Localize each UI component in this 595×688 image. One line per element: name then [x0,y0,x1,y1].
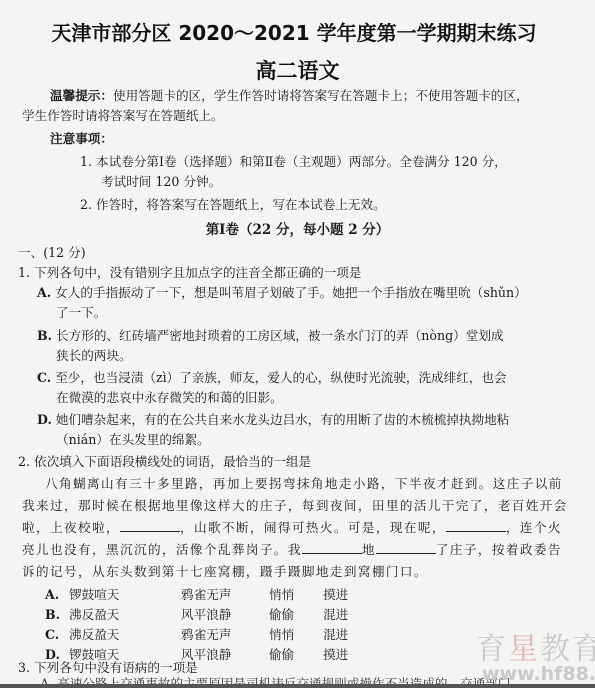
part-heading: 一、(12 分) [18,245,86,261]
exam-page: 天津市部分区 2020～2021 学年度第一学期期末练习 高二语文 温馨提示：使… [0,0,595,688]
question-1-option-c-cont: 在微漠的悲哀中永存微笑的和蔼的旧影。 [56,390,283,406]
instruction-item-1: 1. 本试卷分第Ⅰ卷（选择题）和第Ⅱ卷（主观题）两部分。全卷满分 120 分， [80,154,507,170]
question-2-option-b: B. 沸反盈天 风平浪静 偷偷 混进 [45,607,348,623]
blank-2 [446,520,506,532]
question-1-option-d: D. 她们嘈杂起来，有的在公共自来水龙头边吕水，有的用断了齿的木梳梳掉执拗地粘 [37,412,509,428]
instruction-item-1-cont: 考试时间 120 分钟。 [101,174,221,190]
passage-line-3: 啦，上夜校啦，，山歌不断，闹得可热火。可是，现在呢，，连个火 [22,520,562,536]
notice-text: 使用答题卡的区，学生作答时请将答案写在答题卡上；不使用答题卡的区， [113,88,529,103]
question-2-option-c: C. 沸反盈天 鸦雀无声 悄悄 混进 [45,627,348,643]
question-2-stem: 2. 依次填入下面语段横线处的词语，最恰当的一组是 [18,454,311,470]
instruction-item-2: 2. 作答时，将答案写在答题纸上，写在本试卷上无效。 [80,197,386,213]
passage-line-2: 我来过，那时候在根据地里像这样大的庄子，每到夜间，田里的活儿干完了，老百姓开会 [22,498,568,514]
question-1-option-c: C. 至少，也当浸渍（zì）了亲族，师友，爱人的心，纵使时光流驶，洗成绯红，也会 [37,370,507,386]
question-1-option-d-cont: （nián）在头发里的绵絮。 [56,432,210,448]
question-1-option-a-cont: 了一下。 [56,305,106,321]
question-1-option-b: B. 长方形的、红砖墙严密地封琐着的工房区域，被一条水门汀的弄（nòng）堂划成 [37,328,504,344]
passage-line-4: 亮儿也没有，黑沉沉的，活像个乱葬岗子。我地了庄子，按着政委告 [22,542,562,558]
exam-title: 天津市部分区 2020～2021 学年度第一学期期末练习 [24,17,564,46]
blank-1 [120,520,180,532]
section-title: 第Ⅰ卷（22 分，每小题 2 分） [0,222,595,238]
notice-line-2: 学生作答时请将答案写在答题纸上。 [22,108,224,124]
passage-line-1: 八角蝴离山有三十多里路，再加上要拐弯抹角地走小路，下半夜才赶到。这庄子以前 [45,476,563,492]
watermark-logo: 育星教育网 [476,624,595,668]
page-bottom-edge [0,684,595,688]
blank-3 [302,542,362,554]
question-3-option-a-partial: A. 高速公路上交通事故的主要原因是司机违反交通规则或操作不当造成的。交通部门 [40,673,510,684]
question-1-option-a: A. 女人的手指振动了一下，想是叫苇眉子划破了手。她把一个手指放在嘴里吮（shǔ… [37,285,527,301]
instructions-heading: 注意事项： [50,131,113,147]
watermark-url: www.hf88.com [482,663,595,685]
notice-label: 温馨提示： [50,88,113,103]
blank-4 [376,542,436,554]
question-2-option-a: A. 锣鼓喧天 鸦雀无声 悄悄 摸进 [45,587,348,603]
passage-line-5: 诉的记号，从东头数到第十七座窝棚，蹑手蹑脚地走到窝棚门口。 [22,564,428,580]
exam-subject: 高二语文 [0,55,595,85]
question-1-option-b-cont: 狭长的两块。 [56,348,132,364]
notice-line-1: 温馨提示：使用答题卡的区，学生作答时请将答案写在答题卡上；不使用答题卡的区， [50,88,529,104]
question-1-stem: 1. 下列各句中，没有错别字且加点字的注音全都正确的一项是 [18,265,361,281]
